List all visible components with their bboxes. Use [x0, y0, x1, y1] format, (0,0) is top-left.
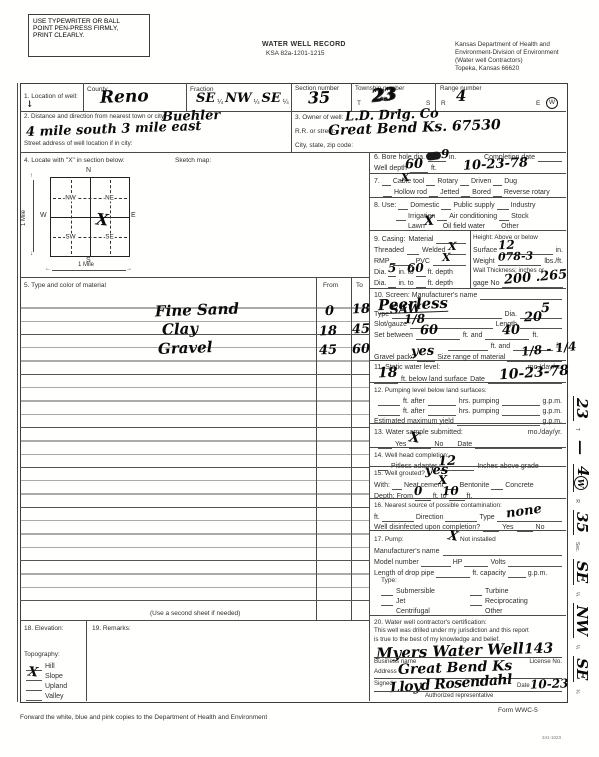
- grid-line: [20, 111, 566, 112]
- mile-scale-line: [52, 270, 126, 271]
- agency-line: Kansas Department of Health and: [455, 42, 550, 49]
- use-row1: 8. Use:DomesticPublic supplyIndustry: [374, 201, 564, 210]
- blank: [457, 417, 540, 426]
- depth-from-label: Depth: From: [374, 493, 413, 501]
- blank: [407, 246, 419, 255]
- blank: [493, 177, 502, 186]
- material-row-from: 45: [319, 344, 338, 358]
- blank: [502, 397, 539, 406]
- blank: [502, 407, 539, 416]
- blank: [396, 222, 406, 231]
- pump-type-row1-left: Submersible: [381, 587, 481, 596]
- set-label: Set between: [374, 332, 413, 340]
- completion-date-value: 10-23-78: [463, 156, 529, 172]
- screen-dia-value: 5: [541, 302, 550, 315]
- margin-dash: —: [573, 438, 588, 457]
- blank: [428, 397, 456, 406]
- fraction-value: SE ¼ NW ¼ SE ¼: [196, 92, 289, 107]
- grid-line: [369, 288, 566, 289]
- option-air-conditioning: Air conditioning: [449, 213, 497, 221]
- grid-line: [51, 217, 129, 218]
- range-e: E: [536, 100, 540, 107]
- grout-depth-row: Depth: Fromft. toft.: [374, 492, 504, 501]
- blank: [508, 569, 526, 578]
- depth-value: 60: [405, 158, 424, 172]
- option-other: Other: [501, 223, 519, 231]
- ft-label: ft.: [374, 514, 380, 522]
- in-to-label: in. to: [398, 280, 413, 288]
- second-sheet-note: (Use a second sheet if needed): [150, 610, 240, 617]
- instruction-line: POINT PEN-PRESS FIRMLY,: [33, 25, 145, 32]
- quadrant-ne: NE: [104, 194, 115, 201]
- material-row-to: 45: [352, 323, 371, 337]
- blank: [448, 342, 488, 351]
- pump-type-row2-right: Reciprocating: [470, 597, 564, 606]
- pump-type-row3-right: Other: [470, 607, 564, 616]
- township-t: T: [357, 100, 361, 107]
- blank: [378, 440, 392, 449]
- hrs-pumping-label: hrs. pumping: [459, 398, 499, 406]
- to-header: To: [356, 282, 363, 289]
- blank: [517, 523, 533, 532]
- sketch-map-label: Sketch map:: [175, 157, 211, 164]
- pump-type-row1-right: Turbine: [470, 587, 564, 596]
- length-value: 20: [524, 311, 543, 325]
- blank: [493, 188, 502, 197]
- date-label: Date: [517, 683, 530, 690]
- gpm-label: g.p.m.: [528, 570, 547, 578]
- option-public-supply: Public supply: [453, 202, 494, 210]
- blank: [426, 177, 435, 186]
- hrs-pumping-label: hrs. pumping: [459, 408, 499, 416]
- grid-line: [351, 83, 352, 111]
- capacity-label: ft. capacity: [472, 570, 505, 578]
- casing-depth-value: 60: [407, 262, 424, 275]
- pvc-check: X: [442, 252, 451, 263]
- use-row3: LawnOil field waterOther: [396, 222, 564, 231]
- print-code: 341-1023: [542, 736, 561, 741]
- option-industry: Industry: [511, 202, 536, 210]
- certification-line1: This well was drilled under my jurisdict…: [374, 628, 529, 635]
- blank: [445, 513, 477, 522]
- blank: [383, 188, 392, 197]
- grid-line: [20, 620, 369, 621]
- hp-label: HP: [453, 559, 463, 567]
- blank: [487, 222, 499, 231]
- lbs-ft-label: lbs./ft.: [544, 258, 563, 266]
- grout-from-value: 0: [414, 485, 423, 497]
- option-domestic: Domestic: [410, 202, 439, 210]
- slope-check: X: [27, 666, 38, 680]
- mile-left-label: 1 Mile: [21, 210, 28, 226]
- blank: [470, 607, 482, 616]
- blank: [443, 547, 562, 556]
- weight-value: 078-3: [498, 250, 534, 262]
- item-number: 7.: [374, 178, 380, 186]
- grid-line: [110, 180, 111, 253]
- dia-label: Dia.: [374, 280, 386, 288]
- grid-line: [186, 83, 187, 111]
- casing-row5: Dia.in. toft. depth: [374, 279, 466, 288]
- grout-to-value: 10: [442, 485, 459, 498]
- blank: [437, 212, 447, 221]
- ft-after-label: ft. after: [403, 398, 425, 406]
- blank: [475, 440, 562, 449]
- disinfected-label: Well disinfected upon completion?: [374, 524, 480, 532]
- blank: [538, 153, 562, 162]
- blank: [416, 279, 426, 288]
- blank: [421, 558, 451, 567]
- topography-label: Topography:: [24, 651, 60, 658]
- quarter-mark: ¼: [283, 99, 289, 107]
- elevation-label: 18. Elevation:: [24, 625, 63, 632]
- arrow-left-icon: ←: [45, 266, 51, 273]
- option-bored: Bored: [472, 189, 491, 197]
- blank: [483, 523, 499, 532]
- use-row2: IrrigationAir conditioningStock: [396, 212, 564, 221]
- grid-line: [86, 620, 87, 701]
- gpm-label: g.p.m.: [543, 398, 562, 406]
- option-rotary: Rotary: [437, 178, 458, 186]
- license-label: License No.: [529, 658, 562, 665]
- pump-type-label: Type:: [381, 577, 397, 584]
- sample-row1: 13. Water sample submitted:mo./day/yr.: [374, 429, 562, 437]
- mile-scale-line: [33, 180, 34, 252]
- with-label: With:: [374, 482, 390, 490]
- pumping-level-label: 12. Pumping level below land surfaces:: [374, 387, 487, 394]
- remarks-label: 19. Remarks:: [92, 625, 131, 632]
- pumping-row2: ft. afterhrs. pumpingg.p.m.: [378, 407, 562, 416]
- agency-line: (Water well Contractors): [455, 58, 523, 65]
- material-label: Material: [409, 236, 434, 244]
- set-between-row: Set betweenft. andft.: [374, 331, 562, 340]
- ft-and-label: ft. and: [491, 343, 510, 351]
- blank: [398, 201, 408, 210]
- option-reciprocating: Reciprocating: [485, 598, 528, 606]
- material-row-to: 60: [352, 343, 371, 357]
- blank: [497, 201, 509, 210]
- grid-line: [17, 83, 18, 702]
- blank: [392, 481, 402, 490]
- pump-label: 17. Pump:: [374, 536, 404, 543]
- blank: [26, 682, 42, 691]
- blank: [499, 212, 509, 221]
- forward-copies-note: Forward the white, blue and pink copies …: [20, 714, 267, 721]
- blank: [378, 407, 400, 416]
- blank: [428, 407, 456, 416]
- arrow-up-icon: ↑: [30, 173, 33, 180]
- option-reverse-rotary: Reverse rotary: [504, 189, 550, 197]
- instruction-line: PRINT CLEARLY.: [33, 32, 145, 39]
- below-surface-label: ft. below land surface: [401, 376, 467, 384]
- date-format-label: mo./day/yr.: [528, 429, 562, 437]
- option-slope: Slope: [45, 673, 63, 681]
- rotary-check: X: [401, 172, 410, 183]
- county-value: Reno: [100, 88, 149, 107]
- ft-label: ft.: [532, 332, 538, 340]
- blank: [378, 397, 400, 406]
- option-dug: Dug: [504, 178, 517, 186]
- weight-label: Weight: [473, 258, 495, 266]
- margin-t-label: T: [573, 428, 580, 431]
- arrow-right-icon: →: [126, 266, 132, 273]
- pump-type-row2-left: Jet: [381, 597, 481, 606]
- from-header: From: [323, 282, 338, 289]
- city-label: City, state, zip code:: [295, 142, 353, 149]
- type-label: Type: [374, 311, 389, 319]
- license-value: 143: [524, 641, 554, 656]
- pumping-row1: ft. afterhrs. pumpingg.p.m.: [378, 397, 562, 406]
- sample-no-check: X: [408, 430, 421, 445]
- blank: [460, 177, 469, 186]
- quadrant-se: SE: [104, 233, 114, 240]
- in-label: in.: [449, 154, 456, 162]
- pump-type-row3-left: Centrifugal: [381, 607, 481, 616]
- option-jetted: Jetted: [440, 189, 459, 197]
- casing-dia-value: 5: [388, 262, 397, 274]
- option-threaded: Threaded: [374, 247, 404, 255]
- blank: [381, 597, 393, 606]
- blank: [491, 481, 503, 490]
- blank: [461, 188, 470, 197]
- blank: [464, 558, 488, 567]
- blank: [388, 279, 396, 288]
- bore-dia-value: 9: [441, 148, 450, 160]
- size-range-label: Size range of material: [437, 354, 505, 362]
- drop-pipe-row: Length of drop pipeft. capacityg.p.m.: [374, 569, 562, 578]
- option-oil-field-water: Oil field water: [443, 223, 485, 231]
- blank: [381, 587, 393, 596]
- blank: [470, 587, 482, 596]
- range-r: R: [441, 100, 446, 107]
- option-bentonite: Bentonite: [460, 482, 490, 490]
- option-jet: Jet: [396, 598, 405, 606]
- disinfected-row: Well disinfected upon completion?YesNo: [374, 523, 562, 532]
- form-number: Form WWC-5: [498, 707, 538, 714]
- ft-depth-label: ft. depth: [428, 280, 453, 288]
- quadrant-sw: SW: [64, 233, 76, 240]
- volts-label: Volts: [490, 559, 505, 567]
- blank: [470, 597, 482, 606]
- option-centrifugal: Centrifugal: [396, 608, 430, 616]
- fraction-part: SE: [261, 92, 280, 107]
- option-yes: Yes: [502, 524, 513, 532]
- option-valley: Valley: [45, 693, 64, 701]
- surface-label: Surface: [473, 247, 497, 255]
- dia-label: Dia.: [505, 311, 517, 319]
- ft-label: ft.: [431, 165, 437, 173]
- topo-valley-row: Valley: [26, 692, 82, 701]
- material-row-name: Gravel: [158, 340, 213, 357]
- use-label: 8. Use:: [374, 202, 396, 210]
- location-mark: ↓: [26, 101, 34, 110]
- gravel-label: Gravel pack?: [374, 354, 415, 362]
- arrow-down-icon: ↓: [30, 251, 33, 258]
- in-label: in.: [556, 247, 563, 255]
- not-installed-label: Not installed: [460, 536, 496, 543]
- form-title: WATER WELL RECORD: [262, 41, 346, 49]
- grid-line: [369, 152, 370, 701]
- margin-sec-label: Sec.: [573, 542, 580, 552]
- set-from-value: 60: [420, 324, 439, 338]
- option-no: No: [434, 441, 443, 449]
- gage-label: gage No: [473, 280, 499, 288]
- well-x-mark: X: [95, 211, 109, 228]
- option-driven: Driven: [471, 178, 491, 186]
- blank: [382, 513, 414, 522]
- gpm-label: g.p.m.: [543, 418, 562, 426]
- option-submersible: Submersible: [396, 588, 435, 596]
- ft-label: ft.: [467, 493, 473, 501]
- grout-material-row: With:Neat cementBentoniteConcrete: [374, 481, 562, 490]
- grouted-label: 15. Well grouted?: [374, 470, 425, 477]
- water-well-record-scan: USE TYPEWRITER OR BALL POINT PEN-PRESS F…: [0, 0, 599, 757]
- topo-upland-row: Upland: [26, 682, 82, 691]
- grid-line: [470, 230, 471, 288]
- mile-bottom-label: 1 Mile: [76, 262, 96, 269]
- compass-n: N: [86, 167, 91, 175]
- instruction-box: USE TYPEWRITER OR BALL POINT PEN-PRESS F…: [28, 14, 150, 57]
- sample-row2: YesNoDate: [378, 440, 562, 449]
- above-grade-label: Inches above grade: [477, 463, 539, 471]
- owner-label: 3. Owner of well:: [295, 114, 343, 121]
- grid-line: [71, 180, 72, 253]
- fraction-part: NW: [225, 92, 251, 107]
- material-row-to: 18: [352, 303, 371, 317]
- option-turbine: Turbine: [485, 588, 508, 596]
- slot-label: Slot/gauze: [374, 321, 407, 329]
- material-row-from: 18: [319, 325, 338, 339]
- form-statute: KSA 82a-1201-1215: [266, 50, 325, 57]
- drill-method-row2: Hollow rodJettedBoredReverse rotary: [383, 188, 564, 197]
- ft-after-label: ft. after: [403, 408, 425, 416]
- pump-mfr-label: Manufacturer's name: [374, 548, 440, 556]
- grid-line: [291, 83, 292, 152]
- option-concrete: Concrete: [505, 482, 533, 490]
- signature-date-value: 10-23: [530, 677, 569, 690]
- margin-quarter2-value: NW: [573, 603, 589, 638]
- margin-section-value: 35: [573, 510, 589, 535]
- static-level-value: 18: [378, 366, 398, 381]
- section-grid-diagram: NW NE SW SE: [50, 177, 130, 257]
- authorized-rep-label: Authorized representative: [425, 693, 493, 700]
- margin-quarter-label: ¼: [573, 645, 580, 649]
- gravel-value: yes: [411, 345, 435, 359]
- model-label: Model number: [374, 559, 419, 567]
- margin-quarter-label: ¼: [573, 592, 580, 596]
- contamination-label: 16. Nearest source of possible contamina…: [374, 503, 502, 510]
- margin-r-label: R: [573, 499, 580, 503]
- material-row-name: Clay: [162, 321, 199, 337]
- grid-line: [83, 83, 84, 111]
- dia-label: Dia.: [374, 269, 386, 277]
- set-to-value: 40: [502, 324, 521, 338]
- compass-w: W: [40, 212, 47, 220]
- pump-model-row: Model numberHPVolts: [374, 558, 562, 567]
- blank: [508, 558, 562, 567]
- range-value: 4: [456, 89, 467, 104]
- section4-label: 4. Locate with "X" in section below:: [24, 157, 125, 164]
- signature-line: [374, 691, 562, 692]
- grid-line: [369, 197, 566, 198]
- fraction-part: SE: [196, 92, 215, 107]
- blank: [382, 177, 391, 186]
- blank: [26, 692, 42, 701]
- type-label: Type: [479, 514, 494, 522]
- compass-e: E: [131, 212, 136, 220]
- blank: [436, 569, 470, 578]
- pump-mfr-row: Manufacturer's name: [374, 547, 562, 556]
- margin-township-value: 23: [573, 396, 589, 421]
- option-lawn: Lawn: [408, 223, 425, 231]
- material-row-from: 0: [325, 305, 334, 318]
- option-stock: Stock: [511, 213, 529, 221]
- ft-depth-label: ft. depth: [428, 269, 453, 277]
- certification-label: 20. Water well contractor's certificatio…: [374, 619, 487, 626]
- date-label: Date: [457, 441, 472, 449]
- material-table-label: 5. Type and color of material: [24, 282, 106, 289]
- margin-range-value: 4W: [573, 464, 590, 492]
- date-label: Date: [470, 376, 485, 384]
- margin-quarter3-value: SE: [573, 656, 589, 682]
- section-value: 35: [308, 90, 331, 107]
- quarter-mark: ¼: [217, 99, 223, 107]
- range-w-circled: W: [546, 97, 558, 109]
- option-upland: Upland: [45, 683, 67, 691]
- agency-line: Topeka, Kansas 66620: [455, 66, 519, 73]
- oil-field-check: X: [424, 215, 435, 228]
- instruction-line: USE TYPEWRITER OR BALL: [33, 18, 145, 25]
- option-hill: Hill: [45, 663, 55, 671]
- material-row-name: Fine Sand: [155, 302, 239, 320]
- blank: [441, 201, 451, 210]
- margin-filing-strip: 23 T — 4W R 35 Sec. SE ¼ NW ¼ SE ¼: [573, 396, 599, 712]
- margin-range-dir-circled: W: [574, 476, 588, 490]
- gpm-label: g.p.m.: [543, 408, 562, 416]
- quadrant-nw: NW: [64, 194, 77, 201]
- margin-quarter1-value: SE: [573, 559, 589, 585]
- option-no: No: [536, 524, 545, 532]
- quarter-mark: ¼: [254, 99, 260, 107]
- blank: [381, 607, 393, 616]
- option-hollow-rod: Hollow rod: [394, 189, 427, 197]
- ft-and-label: ft. and: [463, 332, 482, 340]
- margin-range-number: 4: [574, 466, 592, 476]
- max-yield-row: Estimated maximum yieldg.p.m.: [374, 417, 562, 426]
- street-label: Street address of well location if in ci…: [24, 141, 133, 148]
- direction-label: Direction: [416, 514, 444, 522]
- option-other: Other: [485, 608, 503, 616]
- township-value: 23: [371, 86, 396, 105]
- estimated-yield-label: Estimated maximum yield: [374, 418, 454, 426]
- address-label: Address: [374, 669, 397, 676]
- blank: [396, 212, 406, 221]
- blank: [480, 291, 562, 300]
- agency-line: Environment-Division of Environment: [455, 50, 559, 57]
- casing-label: 9. Casing:: [374, 236, 406, 244]
- margin-quarter-label: ¼: [573, 689, 580, 693]
- blank: [429, 188, 438, 197]
- distance-label: 2. Distance and direction from nearest t…: [24, 114, 166, 121]
- option-yes: Yes: [395, 441, 406, 449]
